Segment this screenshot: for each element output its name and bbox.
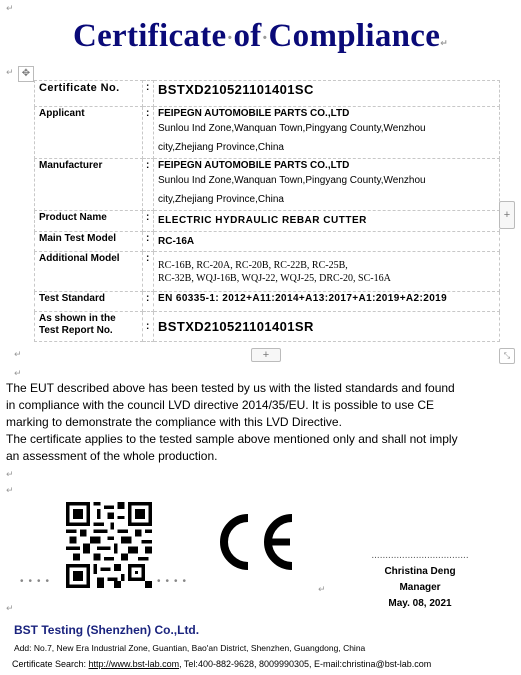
additional-models-line-2: RC-32B, WQJ-16B, WQJ-22, WQJ-25, DRC-20,…	[158, 272, 495, 285]
row-label: Product Name	[35, 211, 143, 232]
title-word: Certificate	[73, 18, 227, 54]
search-label: Certificate Search:	[12, 659, 86, 669]
additional-models-line-1: RC-16B, RC-20A, RC-20B, RC-22B, RC-25B,	[158, 259, 495, 272]
table-row: Applicant : FEIPEGN AUTOMOBILE PARTS CO.…	[35, 107, 500, 159]
applicant-value: FEIPEGN AUTOMOBILE PARTS CO.,LTD Sunlou …	[154, 107, 500, 159]
paragraph-mark: ↵	[14, 369, 22, 379]
signature-block: ................................... Chri…	[360, 548, 480, 612]
main-test-model: RC-16A	[158, 233, 495, 247]
test-report-number: BSTXD210521101401SR	[154, 312, 500, 342]
test-standard: EN 60335-1: 2012+A11:2014+A13:2017+A1:20…	[158, 293, 495, 304]
signatory-title: Manager	[360, 580, 480, 596]
product-name-value: ELECTRIC HYDRAULIC REBAR CUTTER	[154, 211, 500, 232]
paragraph-mark: ↵	[6, 4, 14, 14]
row-colon: :	[143, 107, 154, 159]
certificate-search: Certificate Search: http://www.bst-lab.c…	[12, 659, 431, 669]
applicant-address-2: city,Zhejiang Province,China	[158, 138, 495, 157]
add-column-button[interactable]: +	[499, 201, 515, 229]
row-colon: :	[143, 81, 154, 107]
ce-mark-icon	[210, 512, 300, 572]
main-test-model-value: RC-16A	[154, 232, 500, 252]
applicant-company: FEIPEGN AUTOMOBILE PARTS CO.,LTD	[158, 108, 495, 119]
issuer-address: Add: No.7, New Era Industrial Zone, Guan…	[14, 643, 365, 653]
issuer-company: BST Testing (Shenzhen) Co.,Ltd.	[14, 623, 199, 637]
compliance-statement: The EUT described above has been tested …	[6, 380, 511, 465]
statement-line: The EUT described above has been tested …	[6, 380, 511, 397]
paragraph-mark: ↵	[6, 486, 14, 496]
row-colon: :	[143, 292, 154, 312]
row-colon: :	[143, 252, 154, 292]
table-row: Test Standard : EN 60335-1: 2012+A11:201…	[35, 292, 500, 312]
row-label: Main Test Model	[35, 232, 143, 252]
statement-line: marking to demonstrate the compliance wi…	[6, 414, 511, 431]
paragraph-mark: ↵	[6, 604, 14, 614]
table-row: Certificate No. : BSTXD210521101401SC	[35, 81, 500, 107]
paragraph-mark: ↵	[6, 68, 14, 78]
table-row: Product Name : ELECTRIC HYDRAULIC REBAR …	[35, 211, 500, 232]
manufacturer-company: FEIPEGN AUTOMOBILE PARTS CO.,LTD	[158, 160, 495, 171]
title-word: Compliance	[269, 18, 441, 54]
additional-model-value: RC-16B, RC-20A, RC-20B, RC-22B, RC-25B, …	[154, 252, 500, 292]
certificate-table: Certificate No. : BSTXD210521101401SC Ap…	[34, 80, 500, 342]
table-row: Additional Model : RC-16B, RC-20A, RC-20…	[35, 252, 500, 292]
table-move-handle-icon[interactable]: ✥	[18, 66, 34, 82]
product-name: ELECTRIC HYDRAULIC REBAR CUTTER	[158, 212, 495, 226]
row-label: Test Standard	[35, 292, 143, 312]
contact-info: , Tel:400-882-9628, 8009990305, E-mail:c…	[179, 659, 431, 669]
certificate-number: BSTXD210521101401SC	[154, 81, 500, 107]
table-row: Main Test Model : RC-16A	[35, 232, 500, 252]
manufacturer-address-2: city,Zhejiang Province,China	[158, 190, 495, 209]
row-label: Manufacturer	[35, 159, 143, 211]
manufacturer-value: FEIPEGN AUTOMOBILE PARTS CO.,LTD Sunlou …	[154, 159, 500, 211]
paragraph-mark: ↵	[14, 350, 22, 360]
dot-leader: ••••	[20, 576, 54, 587]
add-row-button[interactable]: +	[251, 348, 281, 362]
dot-leader: ••••	[157, 576, 191, 587]
table-row: As shown in the Test Report No. : BSTXD2…	[35, 312, 500, 342]
page-title: Certificate·of·Compliance↵	[0, 18, 521, 55]
table-row: Manufacturer : FEIPEGN AUTOMOBILE PARTS …	[35, 159, 500, 211]
row-label: Certificate No.	[35, 81, 143, 107]
row-label-line-1: As shown in the	[39, 313, 138, 325]
row-label-line-2: Test Report No.	[39, 325, 138, 337]
applicant-address-1: Sunlou Ind Zone,Wanquan Town,Pingyang Co…	[158, 119, 495, 138]
paragraph-mark: ↵	[6, 470, 14, 480]
paragraph-mark: ↵	[318, 585, 326, 595]
row-label: Additional Model	[35, 252, 143, 292]
certificate-number-value: BSTXD210521101401SC	[158, 82, 314, 97]
signature-date: May. 08, 2021	[360, 596, 480, 612]
row-colon: :	[143, 159, 154, 211]
row-label: As shown in the Test Report No.	[35, 312, 143, 342]
test-report-number-value: BSTXD210521101401SR	[158, 319, 314, 334]
row-colon: :	[143, 211, 154, 232]
signatory-name: Christina Deng	[360, 564, 480, 580]
row-colon: :	[143, 232, 154, 252]
row-label: Applicant	[35, 107, 143, 159]
table-resize-handle-icon[interactable]: ⤡	[499, 348, 515, 364]
row-colon: :	[143, 312, 154, 342]
website-link[interactable]: http://www.bst-lab.com	[89, 659, 180, 669]
manufacturer-address-1: Sunlou Ind Zone,Wanquan Town,Pingyang Co…	[158, 171, 495, 190]
statement-line: The certificate applies to the tested sa…	[6, 431, 511, 448]
test-standard-value: EN 60335-1: 2012+A11:2014+A13:2017+A1:20…	[154, 292, 500, 312]
statement-line: an assessment of the whole production.	[6, 448, 511, 465]
signature-line: ...................................	[360, 548, 480, 564]
statement-line: in compliance with the council LVD direc…	[6, 397, 511, 414]
title-word: of	[233, 18, 261, 54]
qr-code-icon	[66, 502, 152, 588]
